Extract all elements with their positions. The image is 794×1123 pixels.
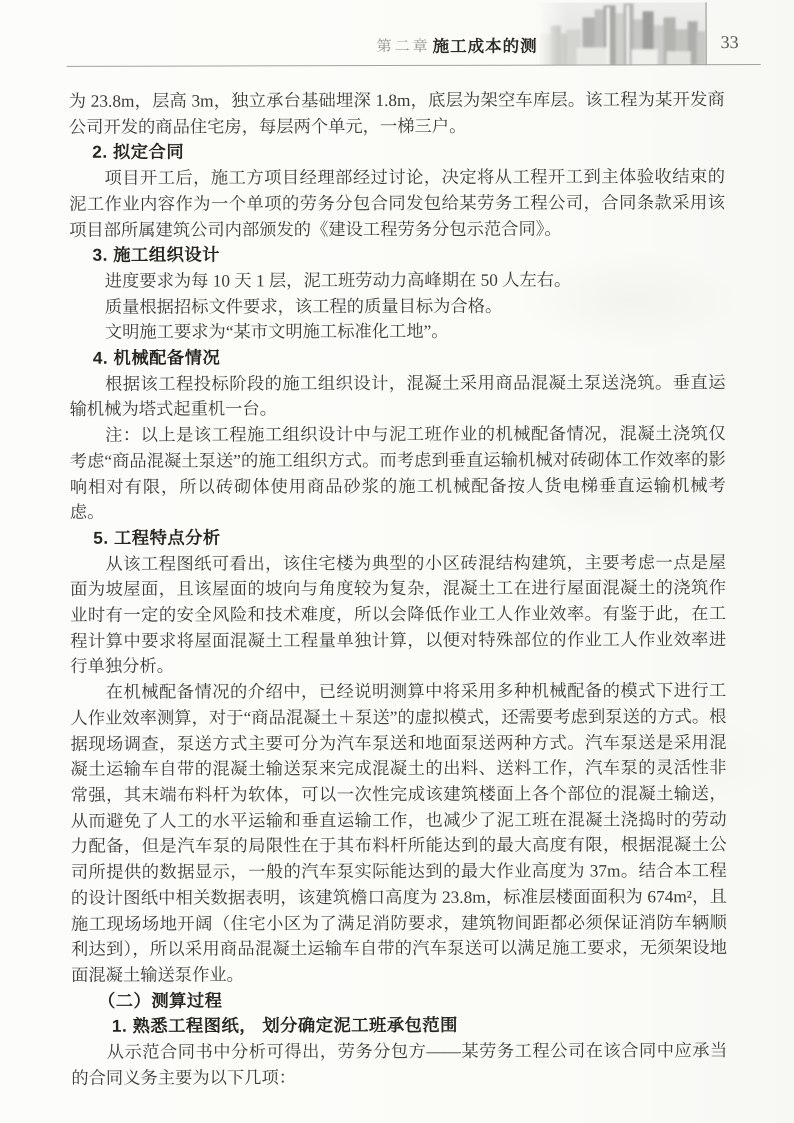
header-divider [67,64,761,67]
paragraph: 从该工程图纸可看出，该住宅楼为典型的小区砖混结构建筑，主要考虑一点是屋面为坡屋面… [70,550,726,680]
section-heading: 2. 拟定合同 [69,139,725,166]
page-body: 为 23.8m，层高 3m，独立承台基础埋深 1.8m，底层为架空车库层。该工程… [69,87,728,1091]
paragraph: 在机械配备情况的介绍中，已经说明测算中将采用多种机械配备的模式下进行工人作业效率… [70,678,727,988]
section-heading: （二）测算过程 [71,987,727,1014]
paragraph: 根据该工程投标阶段的施工组织设计，混凝土采用商品混凝土泵送浇筑。垂直运输机械为塔… [70,370,726,423]
page-number: 33 [713,32,747,53]
paragraph: 文明施工要求为“某市文明施工标准化工地”。 [69,318,725,345]
section-heading: 5. 工程特点分析 [70,524,726,551]
paragraph: 为 23.8m，层高 3m，独立承台基础埋深 1.8m，底层为架空车库层。该工程… [69,87,725,140]
paragraph: 进度要求为每 10 天 1 层，泥工班劳动力高峰期在 50 人左右。 [69,267,725,294]
chapter-number-label: 第二章 [377,35,431,56]
scanned-book-page: 第二章 施工成本的测算 [0,0,794,1123]
section-heading: 1. 熟悉工程图纸， 划分确定泥工班承包范围 [71,1012,727,1039]
paragraph: 注：以上是该工程施工组织设计中与泥工班作业的机械配备情况，混凝土浇筑仅考虑“商品… [70,421,726,526]
paragraph: 质量根据招标文件要求，该工程的质量目标为合格。 [69,293,725,320]
section-heading: 4. 机械配备情况 [69,344,725,371]
paragraph: 从示范合同书中分析可得出，劳务分包方——某劳务工程公司在该合同中应承当的合同义务… [71,1038,727,1091]
paragraph: 项目开工后，施工方项目经理部经过讨论，决定将从工程开工到主体验收结束的泥工作业内… [69,164,725,243]
city-skyline-icon [537,2,706,65]
city-skyline-image [537,2,707,65]
section-heading: 3. 施工组织设计 [69,241,725,268]
